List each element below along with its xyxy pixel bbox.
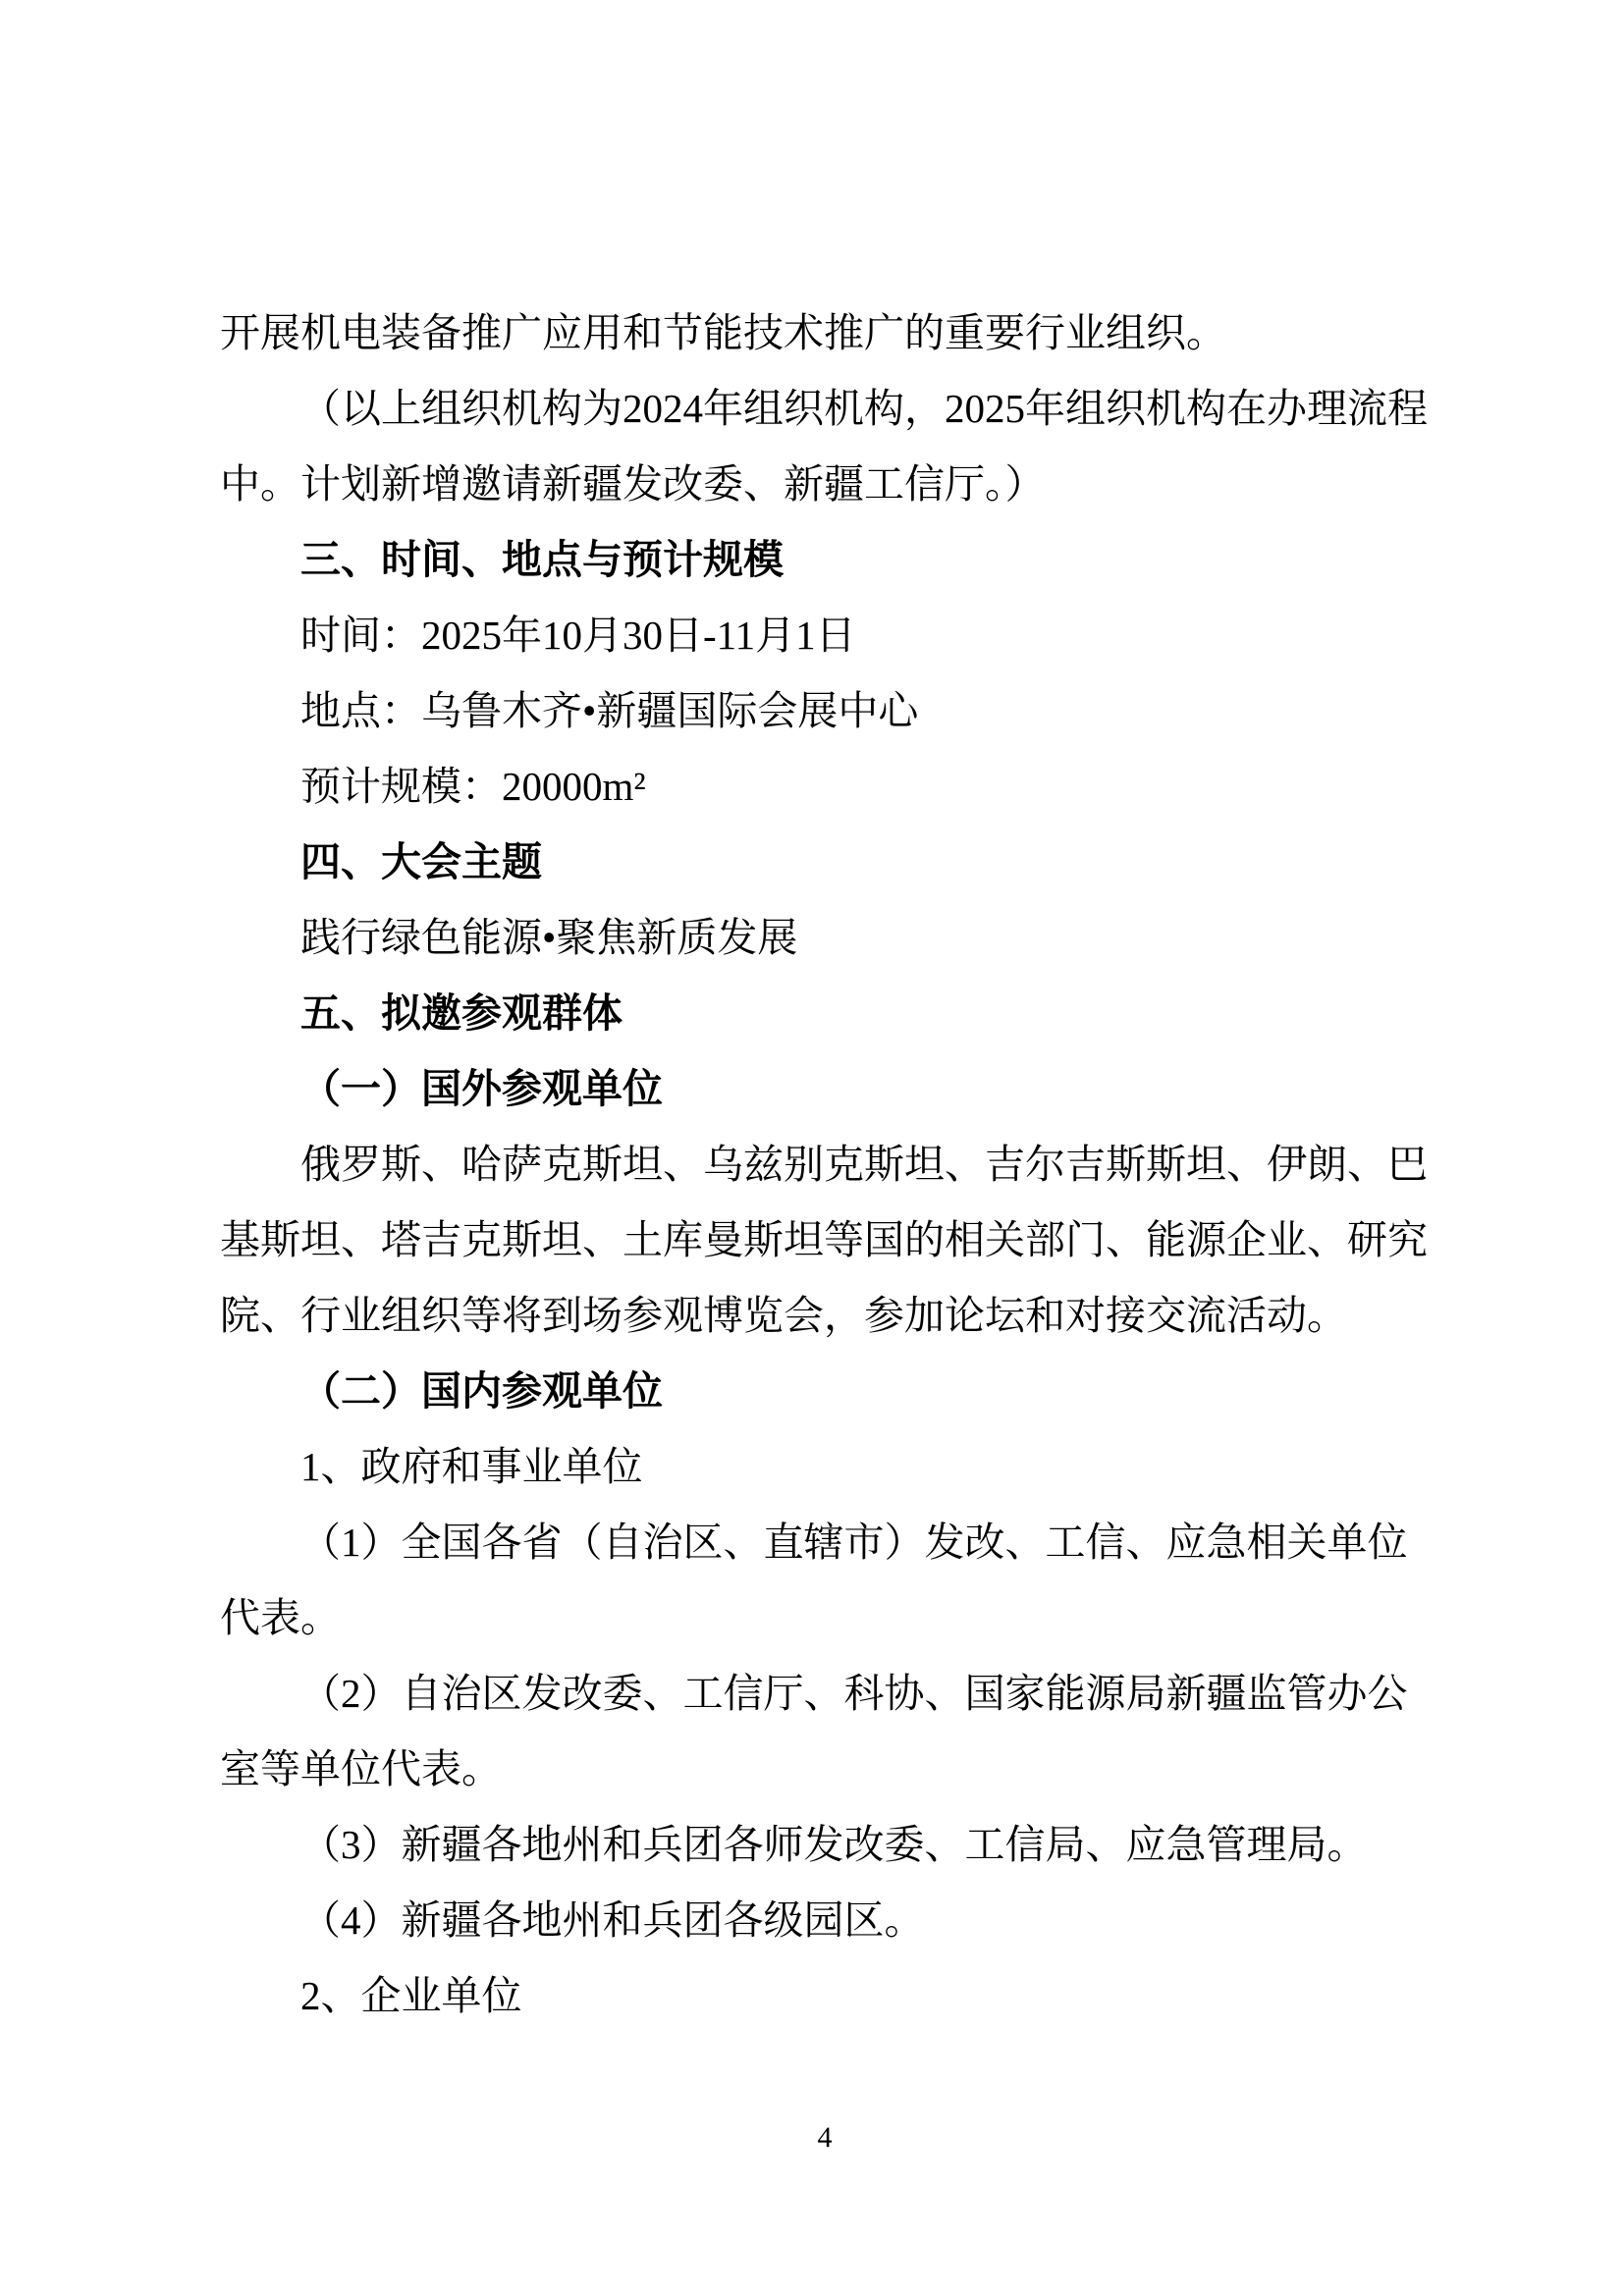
body-text-line: 俄罗斯、哈萨克斯坦、乌兹别克斯坦、吉尔吉斯斯坦、伊朗、巴 (220, 1127, 1430, 1202)
body-text-line: （4）新疆各地州和兵团各级园区。 (220, 1883, 1430, 1958)
body-text-line: 中。计划新增邀请新疆发改委、新疆工信厅。） (220, 447, 1430, 522)
body-text-line: （1）全国各省（自治区、直辖市）发改、工信、应急相关单位 (220, 1505, 1430, 1580)
text-lines: 开展机电装备推广应用和节能技术推广的重要行业组织。（以上组织机构为2024年组织… (220, 295, 1430, 2034)
section-heading-line: 四、大会主题 (220, 825, 1430, 900)
body-text-line: （2）自治区发改委、工信厅、科协、国家能源局新疆监管办公 (220, 1656, 1430, 1732)
body-text-line: 室等单位代表。 (220, 1732, 1430, 1807)
body-text-line: 基斯坦、塔吉克斯坦、土库曼斯坦等国的相关部门、能源企业、研究 (220, 1202, 1430, 1278)
body-text-line: 地点：乌鲁木齐•新疆国际会展中心 (220, 673, 1430, 749)
body-text-line: 预计规模：20000m² (220, 749, 1430, 825)
body-text-line: 院、行业组织等将到场参观博览会，参加论坛和对接交流活动。 (220, 1278, 1430, 1354)
document-page: 开展机电装备推广应用和节能技术推广的重要行业组织。（以上组织机构为2024年组织… (0, 0, 1624, 2296)
body-text-line: （以上组织机构为2024年组织机构，2025年组织机构在办理流程 (220, 371, 1430, 447)
page-footer: 4 (220, 2118, 1430, 2158)
body-text-line: 2、企业单位 (220, 1958, 1430, 2034)
section-heading-line: 三、时间、地点与预计规模 (220, 522, 1430, 598)
body-text-line: 践行绿色能源•聚焦新质发展 (220, 900, 1430, 976)
body-text-line: 时间：2025年10月30日-11月1日 (220, 598, 1430, 673)
body-text-line: 开展机电装备推广应用和节能技术推广的重要行业组织。 (220, 295, 1430, 371)
body-text-line: 代表。 (220, 1580, 1430, 1656)
section-heading-line: 五、拟邀参观群体 (220, 976, 1430, 1051)
body-text-line: 1、政府和事业单位 (220, 1429, 1430, 1505)
section-heading-line: （二）国内参观单位 (220, 1354, 1430, 1429)
section-heading-line: （一）国外参观单位 (220, 1051, 1430, 1127)
page-number: 4 (818, 2121, 833, 2154)
body-text-line: （3）新疆各地州和兵团各师发改委、工信局、应急管理局。 (220, 1807, 1430, 1883)
